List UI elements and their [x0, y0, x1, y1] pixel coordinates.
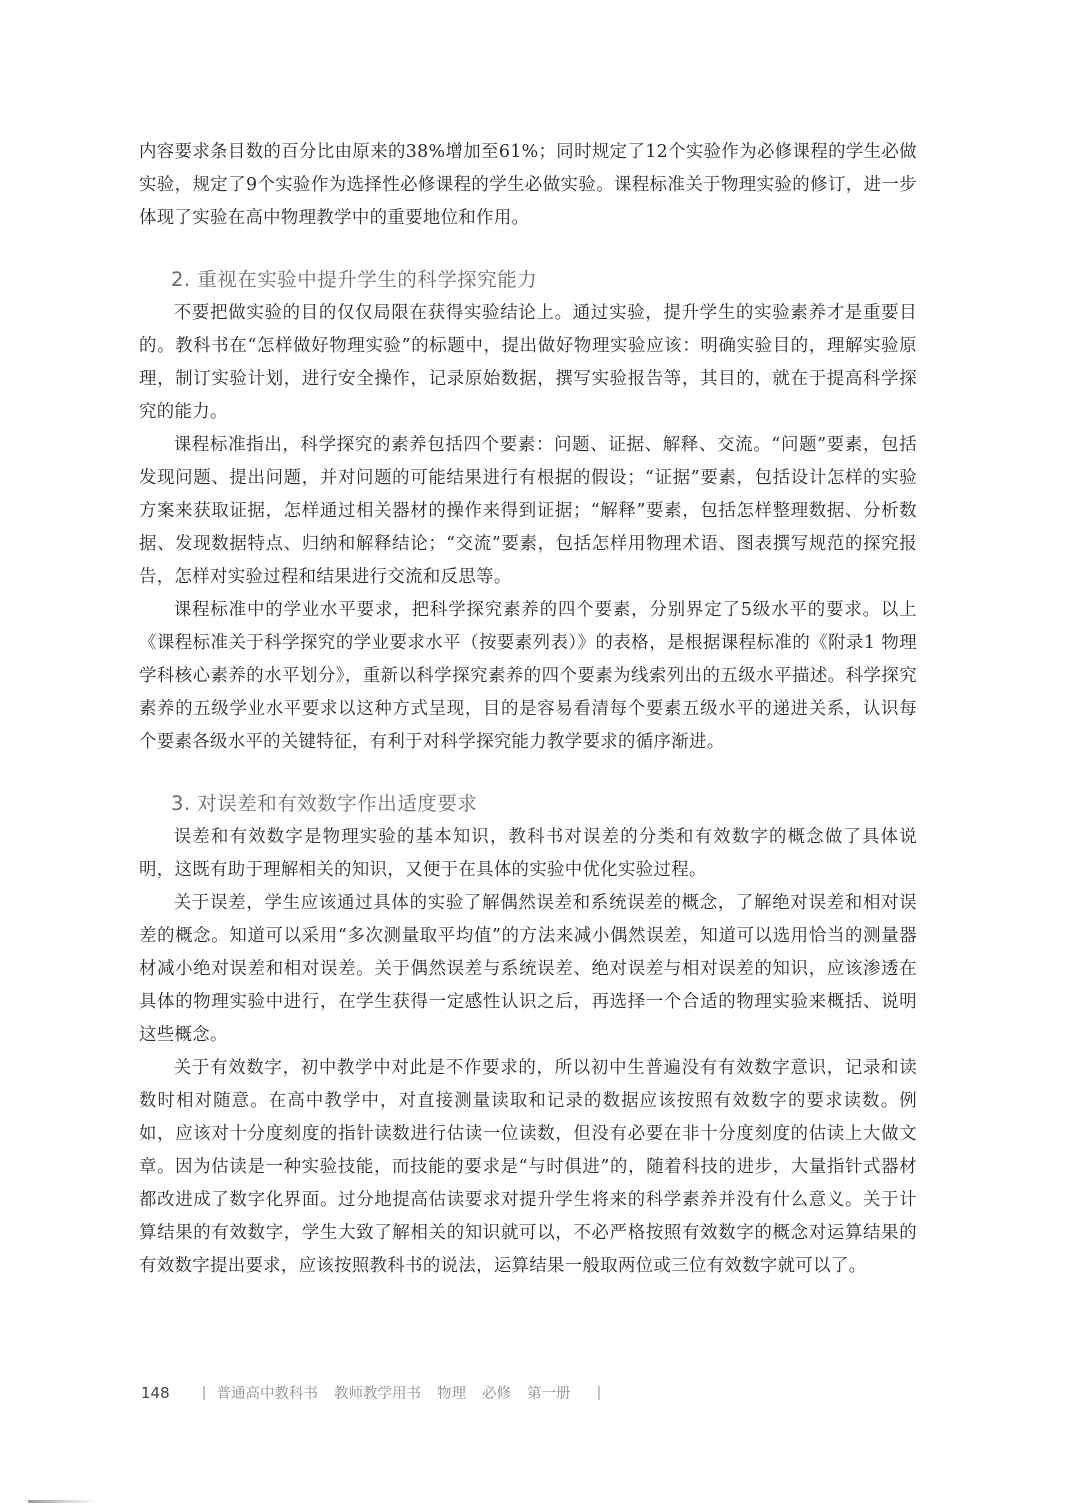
section-gap: [139, 235, 917, 263]
scan-edge-artifact: [28, 1500, 98, 1503]
body-paragraph: 课程标准中的学业水平要求，把科学探究素养的四个要素，分别界定了5级水平的要求。以…: [139, 594, 917, 759]
intro-paragraph: 内容要求条目数的百分比由原来的38%增加至61%；同时规定了12个实验作为必修课…: [139, 136, 917, 235]
footer-course: 必修: [482, 1382, 511, 1403]
section-3: 3. 对误差和有效数字作出适度要求 误差和有效数字是物理实验的基本知识，教科书对…: [139, 787, 917, 1283]
page-number: 148: [141, 1384, 170, 1402]
footer-subject: 物理: [437, 1382, 466, 1403]
footer-book-series: 普通高中教科书: [217, 1382, 319, 1403]
body-paragraph: 课程标准指出，科学探究的素养包括四个要素：问题、证据、解释、交流。“问题”要素，…: [139, 429, 917, 594]
footer-separator: |: [597, 1385, 602, 1401]
body-paragraph: 不要把做实验的目的仅仅局限在获得实验结论上。通过实验，提升学生的实验素养才是重要…: [139, 297, 917, 429]
page-body: 内容要求条目数的百分比由原来的38%增加至61%；同时规定了12个实验作为必修课…: [139, 136, 917, 1283]
section-2: 2. 重视在实验中提升学生的科学探究能力 不要把做实验的目的仅仅局限在获得实验结…: [139, 263, 917, 759]
section-heading: 2. 重视在实验中提升学生的科学探究能力: [139, 263, 917, 297]
body-paragraph: 关于有效数字，初中教学中对此是不作要求的，所以初中生普遍没有有效数字意识，记录和…: [139, 1052, 917, 1283]
page-footer: 148 | 普通高中教科书 教师教学用书 物理 必修 第一册 |: [141, 1382, 611, 1403]
footer-book-type: 教师教学用书: [334, 1382, 421, 1403]
body-paragraph: 关于误差，学生应该通过具体的实验了解偶然误差和系统误差的概念，了解绝对误差和相对…: [139, 887, 917, 1052]
section-heading: 3. 对误差和有效数字作出适度要求: [139, 787, 917, 821]
body-paragraph: 误差和有效数字是物理实验的基本知识，教科书对误差的分类和有效数字的概念做了具体说…: [139, 821, 917, 887]
footer-volume: 第一册: [527, 1382, 571, 1403]
section-gap: [139, 759, 917, 787]
footer-separator: |: [202, 1385, 207, 1401]
